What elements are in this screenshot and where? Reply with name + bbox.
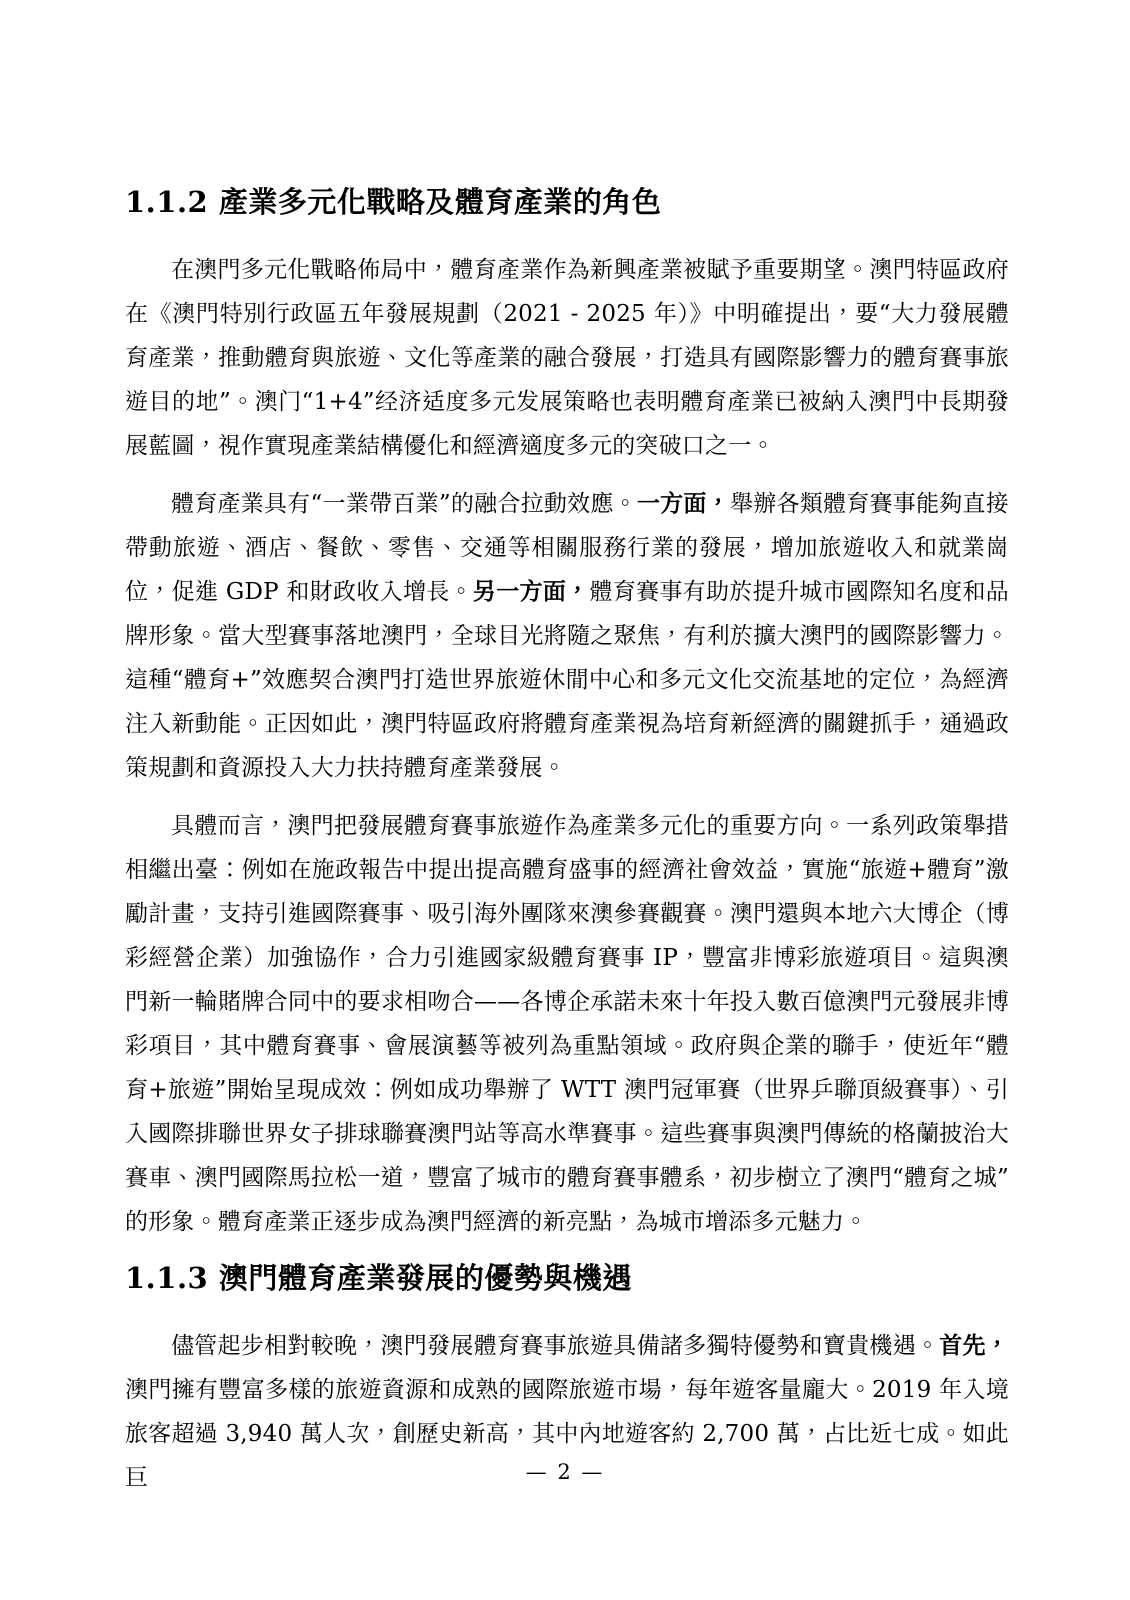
paragraph-diversification-strategy: 在澳門多元化戰略佈局中，體育產業作為新興產業被賦予重要期望。澳門特區政府在《澳門…	[125, 248, 1009, 468]
document-page: 1.1.2 產業多元化戰略及體育產業的角色 在澳門多元化戰略佈局中，體育產業作為…	[0, 0, 1130, 1600]
text-run: 體育產業具有“一業帶百業”的融合拉動效應。	[171, 491, 637, 517]
section-heading-1-1-2: 1.1.2 產業多元化戰略及體育產業的角色	[125, 182, 1009, 222]
page-number: — 2 —	[0, 1460, 1130, 1484]
text-run: 體育賽事有助於提升城市國際知名度和品牌形象。當大型賽事落地澳門，全球目光將隨之聚…	[125, 579, 1009, 781]
section-heading-1-1-3: 1.1.3 澳門體育產業發展的優勢與機遇	[125, 1258, 1009, 1298]
text-run: 具體而言，澳門把發展體育賽事旅遊作為產業多元化的重要方向。一系列政策舉措相繼出臺…	[125, 813, 1009, 1235]
document-body: 1.1.2 產業多元化戰略及體育產業的角色 在澳門多元化戰略佈局中，體育產業作為…	[125, 182, 1009, 1514]
bold-text-run: 一方面，	[637, 490, 730, 517]
bold-text-run: 首先，	[939, 1332, 1009, 1359]
bold-text-run: 另一方面，	[473, 578, 590, 605]
paragraph-policy-measures: 具體而言，澳門把發展體育賽事旅遊作為產業多元化的重要方向。一系列政策舉措相繼出臺…	[125, 804, 1009, 1244]
text-run: 儘管起步相對較晚，澳門發展體育賽事旅遊具備諸多獨特優勢和寶貴機遇。	[171, 1333, 939, 1359]
paragraph-industry-linkage-effect: 體育產業具有“一業帶百業”的融合拉動效應。一方面，舉辦各類體育賽事能夠直接帶動旅…	[125, 482, 1009, 790]
text-run: 在澳門多元化戰略佈局中，體育產業作為新興產業被賦予重要期望。澳門特區政府在《澳門…	[125, 257, 1009, 459]
